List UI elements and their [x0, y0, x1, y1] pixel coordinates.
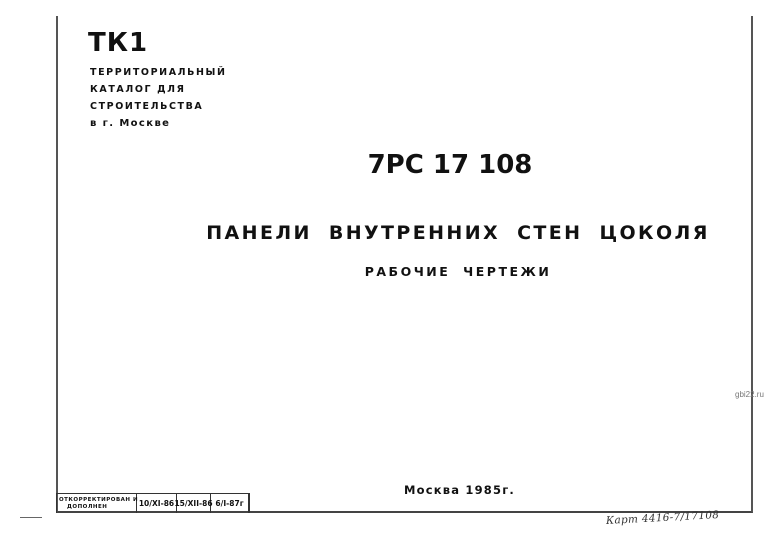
catalog-description: территориальный каталог для строительств… [90, 64, 227, 132]
document-title: ПАНЕЛИ ВНУТРЕННИХ СТЕН ЦОКОЛЯ [200, 222, 716, 244]
place-year: Москва 1985г. [404, 483, 515, 497]
document-code: 7РС 17 108 [0, 150, 768, 180]
stamp-date: 6/I-87г [211, 494, 249, 513]
catalog-line: строительства [90, 98, 227, 115]
margin-mark [20, 517, 42, 518]
catalog-code: ТК1 [88, 28, 148, 58]
catalog-line: каталог для [90, 81, 227, 98]
stamp-date: 10/XI-86 [137, 494, 177, 513]
watermark: gbi22.ru [735, 390, 764, 399]
stamp-date: 15/XII-86 [177, 494, 211, 513]
revision-stamp: ОТКОРРЕКТИРОВАН И ДОПОЛНЕН 10/XI-86 15/X… [56, 493, 250, 513]
catalog-line: территориальный [90, 64, 227, 81]
stamp-label: ОТКОРРЕКТИРОВАН И ДОПОЛНЕН [57, 494, 137, 513]
catalog-line: в г. Москве [90, 115, 227, 132]
document-subtitle: РАБОЧИЕ ЧЕРТЕЖИ [200, 264, 716, 279]
